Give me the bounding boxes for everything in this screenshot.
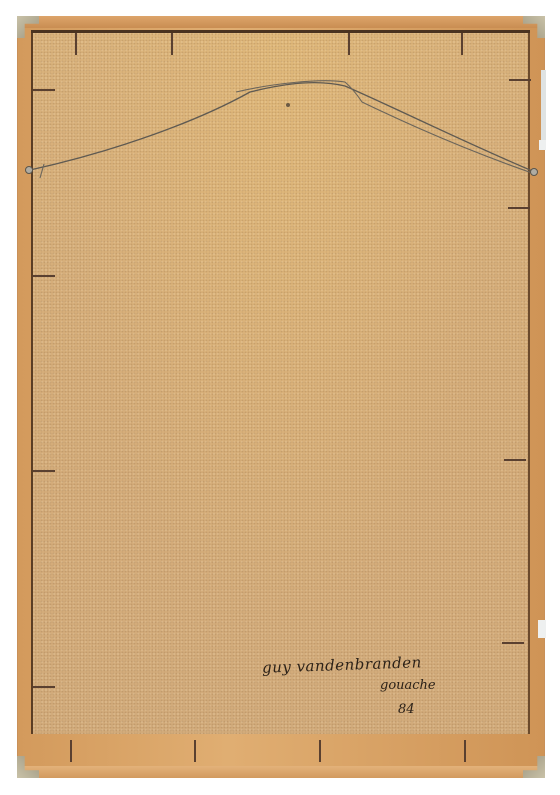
frame-top-rail	[17, 16, 545, 28]
nail-icon	[75, 33, 77, 55]
nail-icon	[504, 459, 526, 461]
medium-note: gouache	[380, 678, 436, 693]
artwork-back-photo: guy vandenbranden gouache 84	[0, 0, 560, 795]
nail-icon	[348, 33, 350, 55]
nail-icon	[70, 740, 72, 762]
nail-icon	[502, 642, 524, 644]
paint-chip	[541, 70, 546, 150]
nail-icon	[33, 470, 55, 472]
nail-icon	[33, 275, 55, 277]
nail-icon	[464, 740, 466, 762]
nail-icon	[508, 207, 530, 209]
paint-chip	[538, 620, 546, 638]
paint-chip	[539, 140, 546, 150]
year-note: 84	[398, 702, 415, 717]
nail-icon	[33, 686, 55, 688]
nail-icon	[509, 79, 531, 81]
frame-bottom-rail	[17, 766, 545, 778]
nail-icon	[171, 33, 173, 55]
nail-icon	[194, 740, 196, 762]
nail-icon	[461, 33, 463, 55]
nail-icon	[33, 89, 55, 91]
nail-icon	[319, 740, 321, 762]
hardboard-backing	[31, 30, 530, 734]
